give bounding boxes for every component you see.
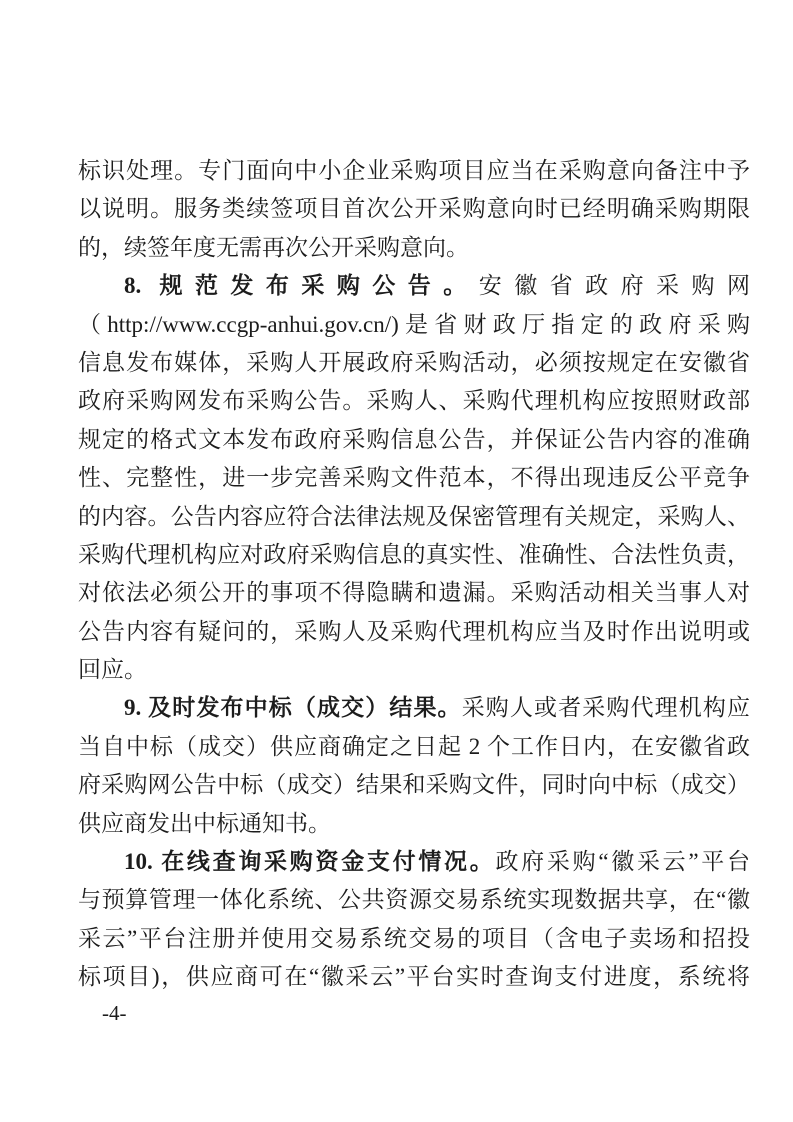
paragraph-9-award-results: 9. 及时发布中标（成交）结果。采购人或者采购代理机构应 当自中标（成交）供应商… bbox=[78, 689, 750, 843]
text-line: 政府采购网发布采购公告。采购人、采购代理机构应按照财政部 bbox=[78, 382, 750, 420]
text-line: 9. 及时发布中标（成交）结果。采购人或者采购代理机构应 bbox=[78, 689, 750, 727]
text-line: 信息发布媒体，采购人开展政府采购活动，必须按规定在安徽省 bbox=[78, 344, 750, 382]
text-line: 供应商发出中标通知书。 bbox=[78, 805, 750, 843]
page-number: -4- bbox=[102, 1000, 127, 1026]
text-line: 标项目)，供应商可在“徽采云”平台实时查询支付进度，系统将 bbox=[78, 958, 750, 996]
clause-number-heading: 9. 及时发布中标（成交）结果。 bbox=[124, 695, 462, 720]
clause-body-text: 采购人或者采购代理机构应 bbox=[462, 695, 750, 720]
paragraph-continuation: 标识处理。专门面向中小企业采购项目应当在采购意向备注中予 以说明。服务类续签项目… bbox=[78, 152, 750, 267]
clause-number-heading: 8. 规范发布采购公告。 bbox=[124, 273, 479, 298]
text-line: （http://www.ccgp-anhui.gov.cn/)是省财政厅指定的政… bbox=[78, 306, 750, 344]
text-line: 的内容。公告内容应符合法律法规及保密管理有关规定，采购人、 bbox=[78, 498, 750, 536]
document-page: 标识处理。专门面向中小企业采购项目应当在采购意向备注中予 以说明。服务类续签项目… bbox=[0, 0, 793, 1122]
text-line: 对依法必须公开的事项不得隐瞒和遗漏。采购活动相关当事人对 bbox=[78, 574, 750, 612]
text-line: 府采购网公告中标（成交）结果和采购文件，同时向中标（成交） bbox=[78, 766, 750, 804]
text-block: 标识处理。专门面向中小企业采购项目应当在采购意向备注中予 以说明。服务类续签项目… bbox=[78, 152, 750, 997]
text-line: 10. 在线查询采购资金支付情况。政府采购“徽采云”平台 bbox=[78, 843, 750, 881]
paragraph-10-payment-inquiry: 10. 在线查询采购资金支付情况。政府采购“徽采云”平台 与预算管理一体化系统、… bbox=[78, 843, 750, 997]
text-line: 当自中标（成交）供应商确定之日起 2 个工作日内，在安徽省政 bbox=[78, 728, 750, 766]
text-line: 规定的格式文本发布政府采购信息公告，并保证公告内容的准确 bbox=[78, 421, 750, 459]
text-line: 与预算管理一体化系统、公共资源交易系统实现数据共享，在“徽 bbox=[78, 881, 750, 919]
clause-body-text: 安徽省政府采购网 bbox=[479, 273, 750, 298]
text-line: 公告内容有疑问的，采购人及采购代理机构应当及时作出说明或 bbox=[78, 613, 750, 651]
clause-body-text: 政府采购“徽采云”平台 bbox=[495, 849, 750, 874]
text-line: 8. 规范发布采购公告。安徽省政府采购网 bbox=[78, 267, 750, 305]
text-line: 标识处理。专门面向中小企业采购项目应当在采购意向备注中予 bbox=[78, 152, 750, 190]
text-line: 性、完整性，进一步完善采购文件范本，不得出现违反公平竞争 bbox=[78, 459, 750, 497]
paragraph-8-publish-announcements: 8. 规范发布采购公告。安徽省政府采购网 （http://www.ccgp-an… bbox=[78, 267, 750, 689]
text-line: 的，续签年度无需再次公开采购意向。 bbox=[78, 229, 750, 267]
text-line: 以说明。服务类续签项目首次公开采购意向时已经明确采购期限 bbox=[78, 190, 750, 228]
clause-number-heading: 10. 在线查询采购资金支付情况。 bbox=[124, 849, 495, 874]
text-line: 采云”平台注册并使用交易系统交易的项目（含电子卖场和招投 bbox=[78, 920, 750, 958]
text-line: 回应。 bbox=[78, 651, 750, 689]
text-line: 采购代理机构应对政府采购信息的真实性、准确性、合法性负责， bbox=[78, 536, 750, 574]
